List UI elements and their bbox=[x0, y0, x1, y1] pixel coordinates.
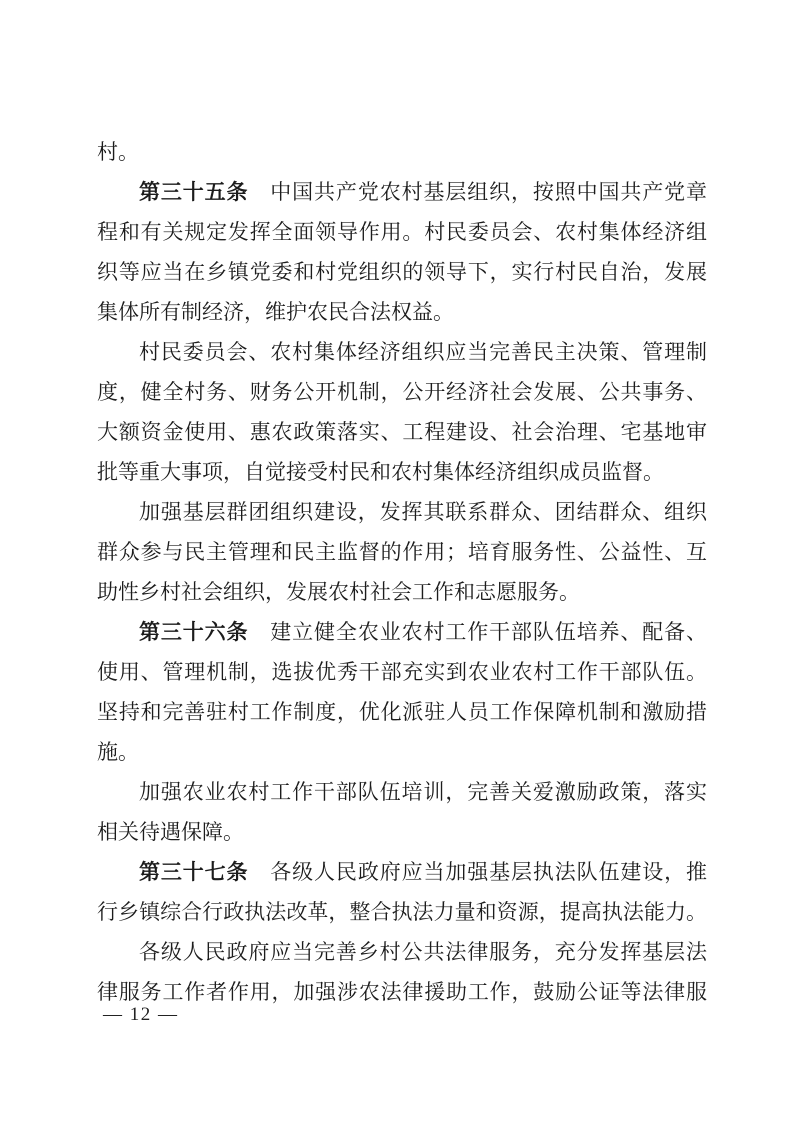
article-paragraph: 第三十六条 建立健全农业农村工作干部队伍培养、配备、使用、管理机制，选拔优秀干部… bbox=[97, 612, 707, 772]
paragraph: 村。 bbox=[97, 132, 707, 172]
article-paragraph: 第三十五条 中国共产党农村基层组织，按照中国共产党章程和有关规定发挥全面领导作用… bbox=[97, 172, 707, 332]
text-line: 度，健全村务、财务公开机制，公开经济社会发展、公共事务、 bbox=[97, 372, 707, 412]
page-number: — 12 — bbox=[103, 1004, 179, 1026]
text-line: 加强基层群团组织建设，发挥其联系群众、团结群众、组织 bbox=[97, 492, 707, 532]
text-line: 集体所有制经济，维护农民合法权益。 bbox=[97, 292, 707, 332]
text-line: 第三十五条 中国共产党农村基层组织，按照中国共产党章 bbox=[97, 172, 707, 212]
article-paragraph: 第三十七条 各级人民政府应当加强基层执法队伍建设，推行乡镇综合行政执法改革，整合… bbox=[97, 852, 707, 932]
line-text: 各级人民政府应当完善乡村公共法律服务，充分发挥基层法 bbox=[139, 940, 707, 964]
text-line: 律服务工作者作用，加强涉农法律援助工作，鼓励公证等法律服 bbox=[97, 972, 707, 1012]
text-line: 第三十七条 各级人民政府应当加强基层执法队伍建设，推 bbox=[97, 852, 707, 892]
line-text: 坚持和完善驻村工作制度，优化派驻人员工作保障机制和激励措 bbox=[97, 700, 707, 724]
article-number: 第三十六条 bbox=[139, 620, 248, 644]
text-line: 大额资金使用、惠农政策落实、工程建设、社会治理、宅基地审 bbox=[97, 412, 707, 452]
text-line: 程和有关规定发挥全面领导作用。村民委员会、农村集体经济组 bbox=[97, 212, 707, 252]
line-text: 度，健全村务、财务公开机制，公开经济社会发展、公共事务、 bbox=[97, 380, 707, 404]
article-number: 第三十七条 bbox=[139, 860, 248, 884]
line-text: 批等重大事项，自觉接受村民和农村集体经济组织成员监督。 bbox=[97, 460, 664, 484]
text-line: 助性乡村社会组织，发展农村社会工作和志愿服务。 bbox=[97, 572, 707, 612]
line-text: 律服务工作者作用，加强涉农法律援助工作，鼓励公证等法律服 bbox=[97, 980, 707, 1004]
line-text: 加强农业农村工作干部队伍培训，完善关爱激励政策，落实 bbox=[139, 780, 707, 804]
line-text: 中国共产党农村基层组织，按照中国共产党章 bbox=[270, 180, 707, 204]
text-line: 群众参与民主管理和民主监督的作用；培育服务性、公益性、互 bbox=[97, 532, 707, 572]
text-line: 村。 bbox=[97, 132, 707, 172]
document-page: 村。第三十五条 中国共产党农村基层组织，按照中国共产党章程和有关规定发挥全面领导… bbox=[0, 0, 793, 1122]
text-line: 村民委员会、农村集体经济组织应当完善民主决策、管理制 bbox=[97, 332, 707, 372]
line-text: 集体所有制经济，维护农民合法权益。 bbox=[97, 300, 454, 324]
text-line: 各级人民政府应当完善乡村公共法律服务，充分发挥基层法 bbox=[97, 932, 707, 972]
paragraph: 村民委员会、农村集体经济组织应当完善民主决策、管理制度，健全村务、财务公开机制，… bbox=[97, 332, 707, 492]
line-text: 加强基层群团组织建设，发挥其联系群众、团结群众、组织 bbox=[139, 500, 707, 524]
line-text: 村民委员会、农村集体经济组织应当完善民主决策、管理制 bbox=[139, 340, 707, 364]
text-line: 施。 bbox=[97, 732, 707, 772]
document-body: 村。第三十五条 中国共产党农村基层组织，按照中国共产党章程和有关规定发挥全面领导… bbox=[97, 132, 707, 1012]
paragraph: 加强农业农村工作干部队伍培训，完善关爱激励政策，落实相关待遇保障。 bbox=[97, 772, 707, 852]
line-text: 程和有关规定发挥全面领导作用。村民委员会、农村集体经济组 bbox=[97, 220, 707, 244]
text-line: 织等应当在乡镇党委和村党组织的领导下，实行村民自治，发展 bbox=[97, 252, 707, 292]
line-text: 施。 bbox=[97, 740, 139, 764]
text-line: 批等重大事项，自觉接受村民和农村集体经济组织成员监督。 bbox=[97, 452, 707, 492]
text-line: 第三十六条 建立健全农业农村工作干部队伍培养、配备、 bbox=[97, 612, 707, 652]
line-text: 建立健全农业农村工作干部队伍培养、配备、 bbox=[270, 620, 707, 644]
line-text: 群众参与民主管理和民主监督的作用；培育服务性、公益性、互 bbox=[97, 540, 707, 564]
text-line: 坚持和完善驻村工作制度，优化派驻人员工作保障机制和激励措 bbox=[97, 692, 707, 732]
line-text: 行乡镇综合行政执法改革，整合执法力量和资源，提高执法能力。 bbox=[97, 900, 707, 924]
line-text: 大额资金使用、惠农政策落实、工程建设、社会治理、宅基地审 bbox=[97, 420, 707, 444]
line-text: 相关待遇保障。 bbox=[97, 820, 244, 844]
paragraph: 加强基层群团组织建设，发挥其联系群众、团结群众、组织群众参与民主管理和民主监督的… bbox=[97, 492, 707, 612]
line-text: 助性乡村社会组织，发展农村社会工作和志愿服务。 bbox=[97, 580, 580, 604]
text-line: 使用、管理机制，选拔优秀干部充实到农业农村工作干部队伍。 bbox=[97, 652, 707, 692]
paragraph: 各级人民政府应当完善乡村公共法律服务，充分发挥基层法律服务工作者作用，加强涉农法… bbox=[97, 932, 707, 1012]
article-number: 第三十五条 bbox=[139, 180, 248, 204]
line-text: 织等应当在乡镇党委和村党组织的领导下，实行村民自治，发展 bbox=[97, 260, 707, 284]
text-line: 行乡镇综合行政执法改革，整合执法力量和资源，提高执法能力。 bbox=[97, 892, 707, 932]
line-text: 各级人民政府应当加强基层执法队伍建设，推 bbox=[270, 860, 707, 884]
text-line: 相关待遇保障。 bbox=[97, 812, 707, 852]
line-text: 使用、管理机制，选拔优秀干部充实到农业农村工作干部队伍。 bbox=[97, 660, 707, 684]
text-line: 加强农业农村工作干部队伍培训，完善关爱激励政策，落实 bbox=[97, 772, 707, 812]
line-text: 村。 bbox=[97, 140, 139, 164]
